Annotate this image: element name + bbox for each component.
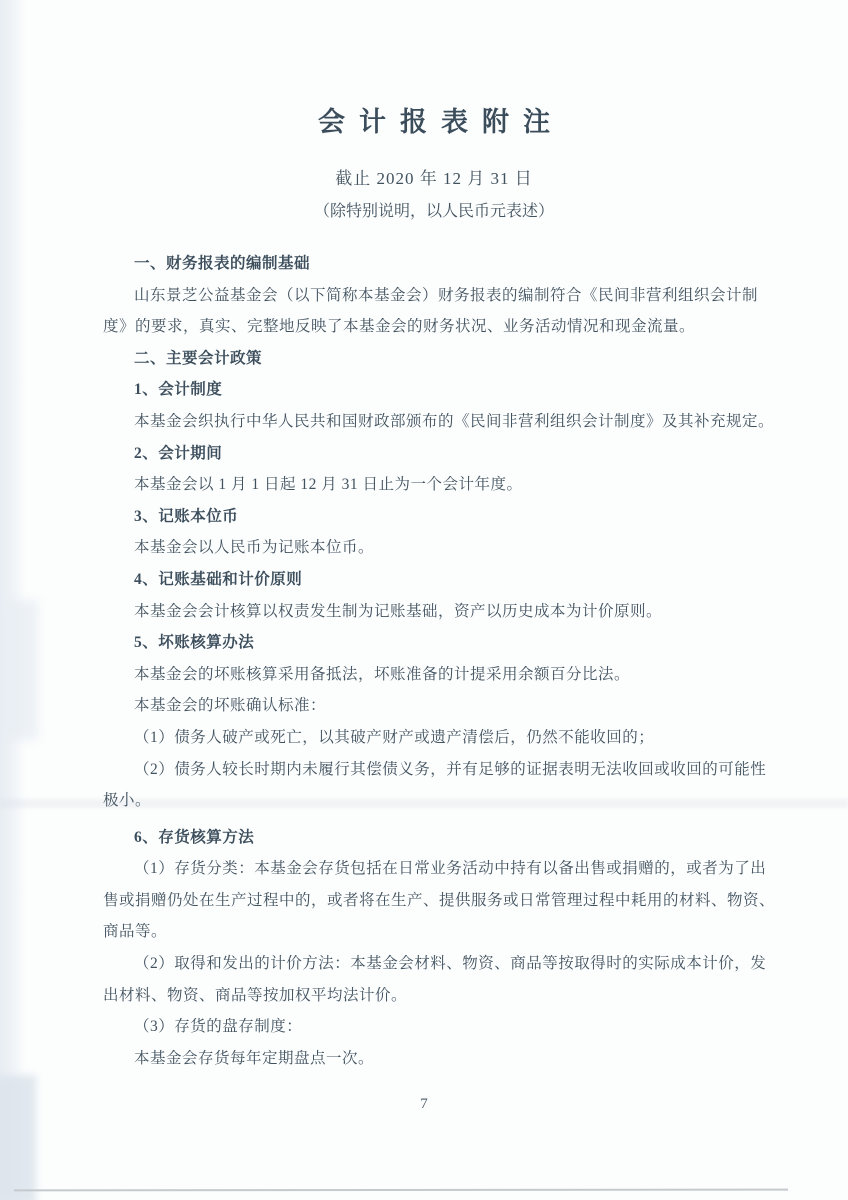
section-heading: 二、主要会计政策 <box>103 343 765 375</box>
document-title: 会计报表附注 <box>103 100 765 139</box>
subsection-heading: 5、坏账核算办法 <box>103 627 765 659</box>
text-line: 出材料、物资、商品等按加权平均法计价。 <box>103 980 765 1012</box>
text-line: 商品等。 <box>103 916 765 948</box>
text-line: 本基金会以人民币为记账本位币。 <box>103 532 765 564</box>
document-content: 会计报表附注 截止 2020 年 12 月 31 日 （除特别说明，以人民币元表… <box>103 100 765 1074</box>
text-line: （1）债务人破产或死亡，以其破产财产或遗产清偿后，仍然不能收回的； <box>103 722 765 754</box>
scanned-document-page: 会计报表附注 截止 2020 年 12 月 31 日 （除特别说明，以人民币元表… <box>0 0 848 1200</box>
as-of-date-line: 截止 2020 年 12 月 31 日 <box>103 164 765 189</box>
text-line: 度》的要求，真实、完整地反映了本基金会的财务状况、业务活动情况和现金流量。 <box>103 311 765 343</box>
text-line: 本基金会的坏账确认标准： <box>103 690 765 722</box>
text-line: 山东景芝公益基金会（以下简称本基金会）财务报表的编制符合《民间非营利组织会计制 <box>103 280 765 312</box>
scan-corner-artifact <box>0 1075 36 1200</box>
document-body: 一、财务报表的编制基础 山东景芝公益基金会（以下简称本基金会）财务报表的编制符合… <box>103 248 765 1074</box>
subsection-heading: 4、记账基础和计价原则 <box>103 564 765 596</box>
subsection-heading: 3、记账本位币 <box>103 501 765 533</box>
text-line: 本基金会织执行中华人民共和国财政部颁布的《民间非营利组织会计制度》及其补充规定。 <box>103 406 765 438</box>
subsection-heading: 2、会计期间 <box>103 438 765 470</box>
text-line: 极小。 <box>103 785 765 817</box>
text-line: 本基金会的坏账核算采用备抵法，坏账准备的计提采用余额百分比法。 <box>103 659 765 691</box>
page-number: 7 <box>0 1096 848 1113</box>
text-line: （3）存货的盘存制度： <box>103 1011 765 1043</box>
section-heading: 一、财务报表的编制基础 <box>103 248 765 280</box>
scan-bottom-edge-line <box>14 1189 788 1192</box>
text-line: （2）债务人较长时期内未履行其偿债义务，并有足够的证据表明无法收回或收回的可能性 <box>103 754 765 786</box>
subsection-heading: 1、会计制度 <box>103 374 765 406</box>
subsection-heading: 6、存货核算方法 <box>103 822 765 854</box>
text-line: （1）存货分类：本基金会存货包括在日常业务活动中持有以备出售或捐赠的，或者为了出 <box>103 853 765 885</box>
text-line: 本基金会会计核算以权责发生制为记账基础，资产以历史成本为计价原则。 <box>103 596 765 628</box>
text-line: （2）取得和发出的计价方法：本基金会材料、物资、商品等按取得时的实际成本计价，发 <box>103 948 765 980</box>
scan-smudge <box>8 600 38 740</box>
text-line: 本基金会存货每年定期盘点一次。 <box>103 1043 765 1075</box>
text-line: 本基金会以 1 月 1 日起 12 月 31 日止为一个会计年度。 <box>103 469 765 501</box>
text-line: 售或捐赠仍处在生产过程中的，或者将在生产、提供服务或日常管理过程中耗用的材料、物… <box>103 885 765 917</box>
currency-note-line: （除特别说明，以人民币元表述） <box>103 198 765 221</box>
